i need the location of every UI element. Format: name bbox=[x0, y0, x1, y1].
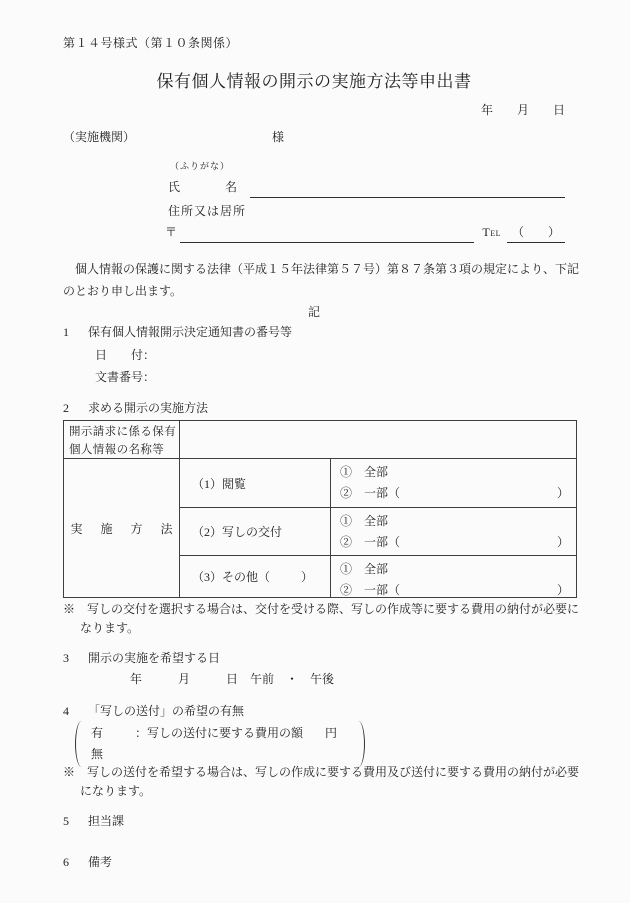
name-label-second: 名 bbox=[225, 176, 237, 198]
submission-date-line: 年 月 日 bbox=[63, 100, 565, 120]
address-field-row: 〒 Tel （ ） bbox=[63, 221, 565, 243]
options-cell-inspection: ① 全部 ② 一部（） bbox=[331, 459, 577, 508]
section-3-number: 3 bbox=[63, 648, 88, 668]
furigana-label: （ふりがな） bbox=[63, 160, 630, 172]
section-3-heading: 3開示の実施を希望する日 bbox=[63, 648, 630, 668]
mail-fee-note-line-2: になります。 bbox=[63, 782, 630, 801]
section-3-title: 開示の実施を希望する日 bbox=[88, 651, 220, 665]
section-2-number: 2 bbox=[63, 398, 88, 418]
section-4-heading: 4「写しの送付」の希望の有無 bbox=[63, 701, 630, 721]
copy-fee-note-line-2: なります。 bbox=[63, 619, 630, 638]
agency-label: （実施機関） bbox=[63, 130, 135, 144]
ki-heading: 記 bbox=[63, 302, 565, 322]
intro-line-2: のとおり申し出ます。 bbox=[63, 280, 630, 302]
mail-fee-note: ※ 写しの送付を希望する場合は、写しの作成に要する費用及び送付に要する費用の納付… bbox=[63, 763, 630, 801]
section-2-heading: 2求める開示の実施方法 bbox=[63, 398, 630, 418]
option-part: ② 一部（） bbox=[340, 532, 569, 553]
desired-date-line: 年 月 日 午前 ・ 午後 bbox=[63, 668, 630, 690]
table-header-line-2: 個人情報の名称等 bbox=[69, 441, 177, 459]
section-1-number: 1 bbox=[63, 322, 88, 342]
section-6-title: 備考 bbox=[88, 855, 112, 869]
section-6-heading: 6備考 bbox=[63, 852, 630, 872]
options-cell-copy: ① 全部 ② 一部（） bbox=[331, 508, 577, 556]
section-4-number: 4 bbox=[63, 701, 88, 721]
form-number: 第１４号様式（第１０条関係） bbox=[63, 33, 630, 53]
section-4-title: 「写しの送付」の希望の有無 bbox=[88, 704, 244, 718]
notice-doc-number-label: 文書番号： bbox=[63, 366, 630, 388]
left-paren-shape bbox=[75, 721, 88, 767]
right-paren-shape bbox=[352, 721, 365, 767]
name-label-first: 氏 bbox=[168, 176, 180, 198]
name-label: 氏 名 bbox=[168, 176, 237, 198]
mail-yes-line: 有 ：写しの送付に要する費用の額 円 bbox=[91, 723, 342, 744]
method-close-paren: ） bbox=[301, 568, 313, 585]
address-fill-line bbox=[180, 223, 474, 243]
addressee-line: （実施機関）様 bbox=[63, 127, 630, 147]
method-cell-inspection: （1）閲覧 bbox=[180, 459, 331, 508]
intro-paragraph: 個人情報の保護に関する法律（平成１５年法律第５７号）第８７条第３項の規定により、… bbox=[63, 258, 630, 302]
address-label: 住所又は居所 bbox=[63, 201, 630, 221]
name-fill-line bbox=[250, 178, 565, 198]
tel-fill-line: （ ） bbox=[507, 223, 565, 243]
option-part-open: ② 一部（ bbox=[340, 532, 400, 553]
intro-line-1: 個人情報の保護に関する法律（平成１５年法律第５７号）第８７条第３項の規定により、… bbox=[63, 258, 630, 280]
method-label: （1）閲覧 bbox=[192, 475, 246, 492]
section-6-number: 6 bbox=[63, 852, 88, 872]
mail-option-bracket-group: 有 ：写しの送付に要する費用の額 円 無 bbox=[75, 721, 365, 767]
method-cell-copy: （2）写しの交付 bbox=[180, 508, 331, 556]
option-part-close-paren: ） bbox=[557, 483, 569, 504]
section-5-number: 5 bbox=[63, 811, 88, 831]
implementation-method-label: 実 施 方 法 bbox=[67, 520, 175, 537]
method-cell-other: （3）その他（） bbox=[180, 556, 331, 597]
section-5-title: 担当課 bbox=[88, 814, 124, 828]
mail-option-content: 有 ：写しの送付に要する費用の額 円 無 bbox=[91, 723, 342, 765]
option-part: ② 一部（） bbox=[340, 580, 569, 601]
mail-fee-label: ：写しの送付に要する費用の額 bbox=[135, 723, 303, 744]
option-part-close-paren: ） bbox=[557, 532, 569, 553]
option-part-open: ② 一部（ bbox=[340, 580, 400, 601]
notice-date-label: 日 付： bbox=[63, 344, 630, 366]
copy-fee-note-line-1: ※ 写しの交付を選択する場合は、交付を受ける際、写しの作成等に要する費用の納付が… bbox=[63, 600, 630, 619]
currency-label: 円 bbox=[325, 723, 337, 744]
mail-no-option: 無 bbox=[91, 744, 342, 765]
mail-yes-option: 有 bbox=[91, 723, 103, 744]
form-page: 第１４号様式（第１０条関係） 保有個人情報の開示の実施方法等申出書 年 月 日 … bbox=[0, 0, 630, 903]
option-all: ① 全部 bbox=[340, 462, 569, 483]
section-2-title: 求める開示の実施方法 bbox=[88, 401, 208, 415]
table-header-cell: 開示請求に係る保有 個人情報の名称等 bbox=[64, 421, 180, 459]
table-row-label-cell: 実 施 方 法 bbox=[64, 459, 180, 597]
name-field-row: 氏 名 bbox=[63, 176, 565, 198]
postal-mark: 〒 bbox=[165, 221, 177, 243]
option-all: ① 全部 bbox=[340, 511, 569, 532]
form-title: 保有個人情報の開示の実施方法等申出書 bbox=[63, 69, 565, 95]
tel-label: Tel bbox=[482, 221, 501, 243]
section-1-heading: 1保有個人情報開示決定通知書の番号等 bbox=[63, 322, 630, 342]
disclosure-method-table: 開示請求に係る保有 個人情報の名称等 実 施 方 法 （1）閲覧 ① 全部 ② … bbox=[63, 420, 577, 598]
copy-fee-note: ※ 写しの交付を選択する場合は、交付を受ける際、写しの作成等に要する費用の納付が… bbox=[63, 600, 630, 638]
section-5-heading: 5担当課 bbox=[63, 811, 630, 831]
options-cell-other: ① 全部 ② 一部（） bbox=[331, 556, 577, 597]
method-label: （3）その他（ bbox=[192, 568, 270, 585]
section-1-title: 保有個人情報開示決定通知書の番号等 bbox=[88, 325, 292, 339]
table-header-line-1: 開示請求に係る保有 bbox=[69, 423, 177, 441]
table-name-entry-cell bbox=[180, 421, 577, 459]
option-part-open: ② 一部（ bbox=[340, 483, 400, 504]
option-all: ① 全部 bbox=[340, 559, 569, 580]
mail-fee-note-line-1: ※ 写しの送付を希望する場合は、写しの作成に要する費用及び送付に要する費用の納付… bbox=[63, 763, 630, 782]
agency-honorific: 様 bbox=[272, 130, 284, 144]
method-label: （2）写しの交付 bbox=[192, 523, 282, 540]
option-part-close-paren: ） bbox=[557, 580, 569, 601]
option-part: ② 一部（） bbox=[340, 483, 569, 504]
